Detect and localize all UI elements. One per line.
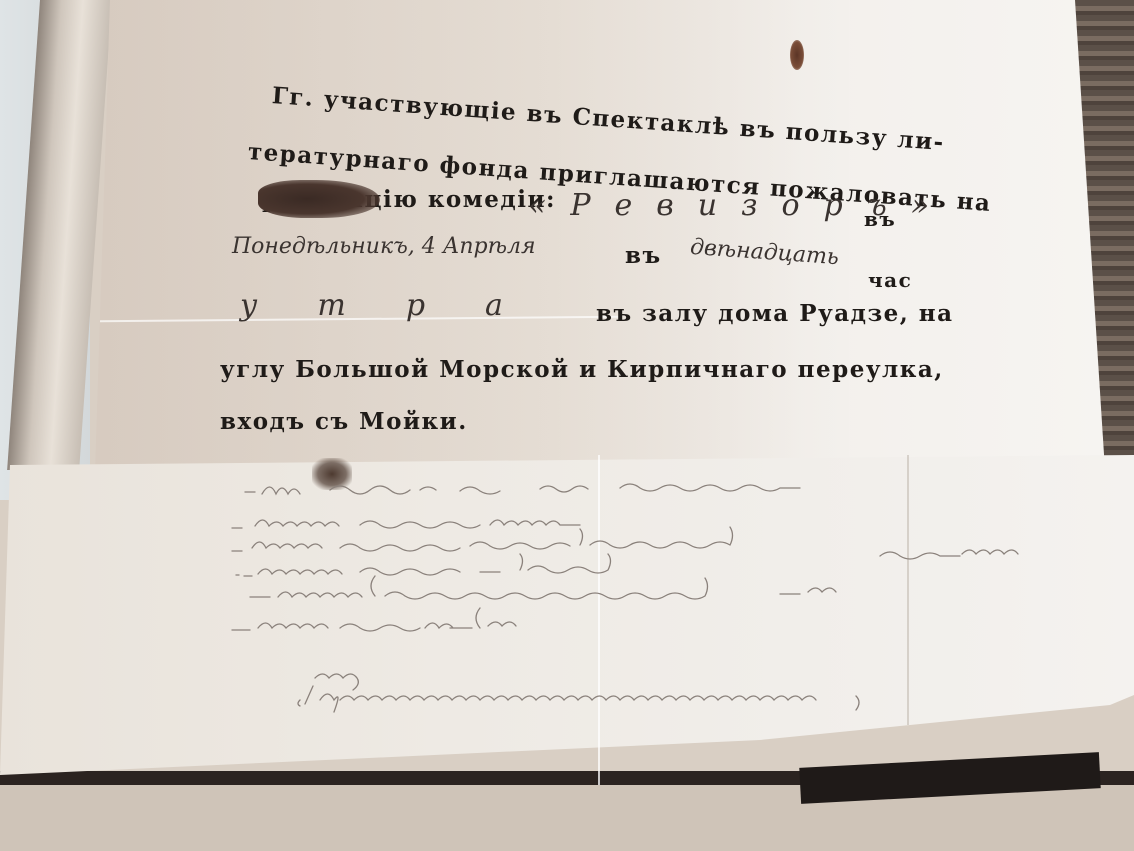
photo-scene: Гг. участвующіе въ Спектаклѣ въ пользу л…: [0, 0, 1134, 851]
pencil-notes: [0, 0, 1134, 851]
